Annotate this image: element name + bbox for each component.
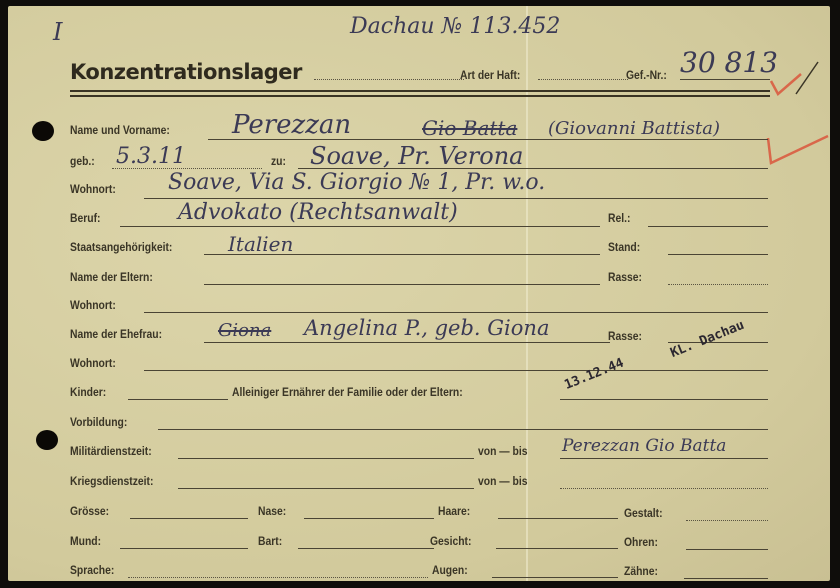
card-title: Konzentrationslager (70, 60, 302, 84)
corner-mark: I (53, 18, 62, 46)
mund-line (120, 548, 248, 549)
stamp-text: KL. Dachau (668, 318, 746, 361)
stamp-date: 13.12.44 (562, 356, 626, 393)
ohren-label: Ohren: (624, 537, 658, 549)
gestalt-label: Gestalt: (624, 508, 663, 520)
wohnort3-label: Wohnort: (70, 358, 116, 370)
name-label: Name und Vorname: (70, 125, 170, 137)
kinder-line (128, 399, 228, 400)
title-line (314, 79, 464, 80)
gef-nr-label: Gef.-Nr.: (626, 70, 667, 82)
groesse-line (130, 518, 248, 519)
beruf-label: Beruf: (70, 213, 100, 225)
ohren-line (686, 549, 768, 550)
beruf-value: Advokato (Rechtsanwalt) (178, 200, 458, 225)
gef-nr-value: 30 813 (680, 46, 778, 79)
nase-label: Nase: (258, 506, 286, 518)
rel-line (648, 226, 768, 227)
zu-value: Soave, Pr. Verona (310, 142, 523, 170)
krieg-line (178, 488, 474, 489)
haare-line (498, 518, 618, 519)
wohnort-value: Soave, Via S. Giorgio № 1, Pr. w.o. (168, 170, 545, 195)
gesicht-line (496, 548, 618, 549)
staat-value: Italien (228, 232, 293, 256)
wohnort2-label: Wohnort: (70, 300, 116, 312)
militaer-von-bis-label: von — bis (478, 446, 527, 458)
ernaehrer-line (560, 399, 768, 400)
nase-line (304, 518, 434, 519)
augen-line (492, 577, 618, 578)
rasse-label-1: Rasse: (608, 272, 642, 284)
militaer-line (178, 458, 474, 459)
ehefrau-struck: Giona (218, 320, 271, 341)
gestalt-line (686, 520, 768, 521)
ehefrau-value: Angelina P., geb. Giona (304, 316, 549, 340)
art-der-haft-label: Art der Haft: (460, 70, 520, 82)
rel-label: Rel.: (608, 213, 630, 225)
geb-value: 5.3.11 (116, 144, 186, 169)
rasse-line-1 (668, 284, 768, 285)
beruf-line (120, 226, 600, 227)
sprache-label: Sprache: (70, 565, 114, 577)
staat-label: Staatsangehörigkeit: (70, 242, 172, 254)
gesicht-label: Gesicht: (430, 536, 471, 548)
punch-hole-top (32, 121, 54, 141)
punch-hole-bottom (36, 430, 58, 450)
zu-label: zu: (271, 156, 286, 168)
wohnort-label: Wohnort: (70, 184, 116, 196)
wohnort3-line (144, 370, 768, 371)
haare-label: Haare: (438, 506, 470, 518)
ernaehrer-label: Alleiniger Ernährer der Familie oder der… (232, 387, 463, 399)
stand-line (668, 254, 768, 255)
militaer-label: Militärdienstzeit: (70, 446, 152, 458)
zaehne-label: Zähne: (624, 566, 658, 578)
name-surname: Perezzan (232, 110, 351, 140)
sprache-line (128, 577, 428, 578)
eltern-line (204, 284, 600, 285)
name-struck: Gio Batta (422, 116, 517, 140)
krieg-label: Kriegsdienstzeit: (70, 476, 153, 488)
registration-card: I Dachau № 113.452 Konzentrationslager A… (8, 6, 830, 581)
zaehne-line (684, 578, 768, 579)
rasse-label-2: Rasse: (608, 331, 642, 343)
groesse-label: Grösse: (70, 506, 109, 518)
augen-label: Augen: (432, 565, 468, 577)
ehefrau-line (204, 342, 610, 343)
wohnort-line (144, 198, 768, 199)
geb-label: geb.: (70, 156, 95, 168)
bart-label: Bart: (258, 536, 282, 548)
krieg-bis-line (560, 488, 768, 489)
gef-nr-line (680, 79, 770, 80)
header-double-rule (70, 90, 770, 97)
militaer-value: Perezzan Gio Batta (562, 436, 726, 456)
vorbildung-line (158, 429, 768, 430)
name-given: (Giovanni Battista) (548, 118, 720, 139)
kinder-label: Kinder: (70, 387, 106, 399)
eltern-label: Name der Eltern: (70, 272, 153, 284)
ehefrau-label: Name der Ehefrau: (70, 329, 162, 341)
red-check-icon-2 (766, 118, 836, 168)
stand-label: Stand: (608, 242, 640, 254)
militaer-bis-line (560, 458, 768, 459)
camp-number-handwritten: Dachau № 113.452 (350, 14, 560, 39)
krieg-von-bis-label: von — bis (478, 476, 527, 488)
red-check-icon (766, 56, 826, 101)
vorbildung-label: Vorbildung: (70, 417, 127, 429)
art-der-haft-line (538, 79, 628, 80)
bart-line (298, 548, 434, 549)
wohnort2-line (144, 312, 768, 313)
mund-label: Mund: (70, 536, 101, 548)
